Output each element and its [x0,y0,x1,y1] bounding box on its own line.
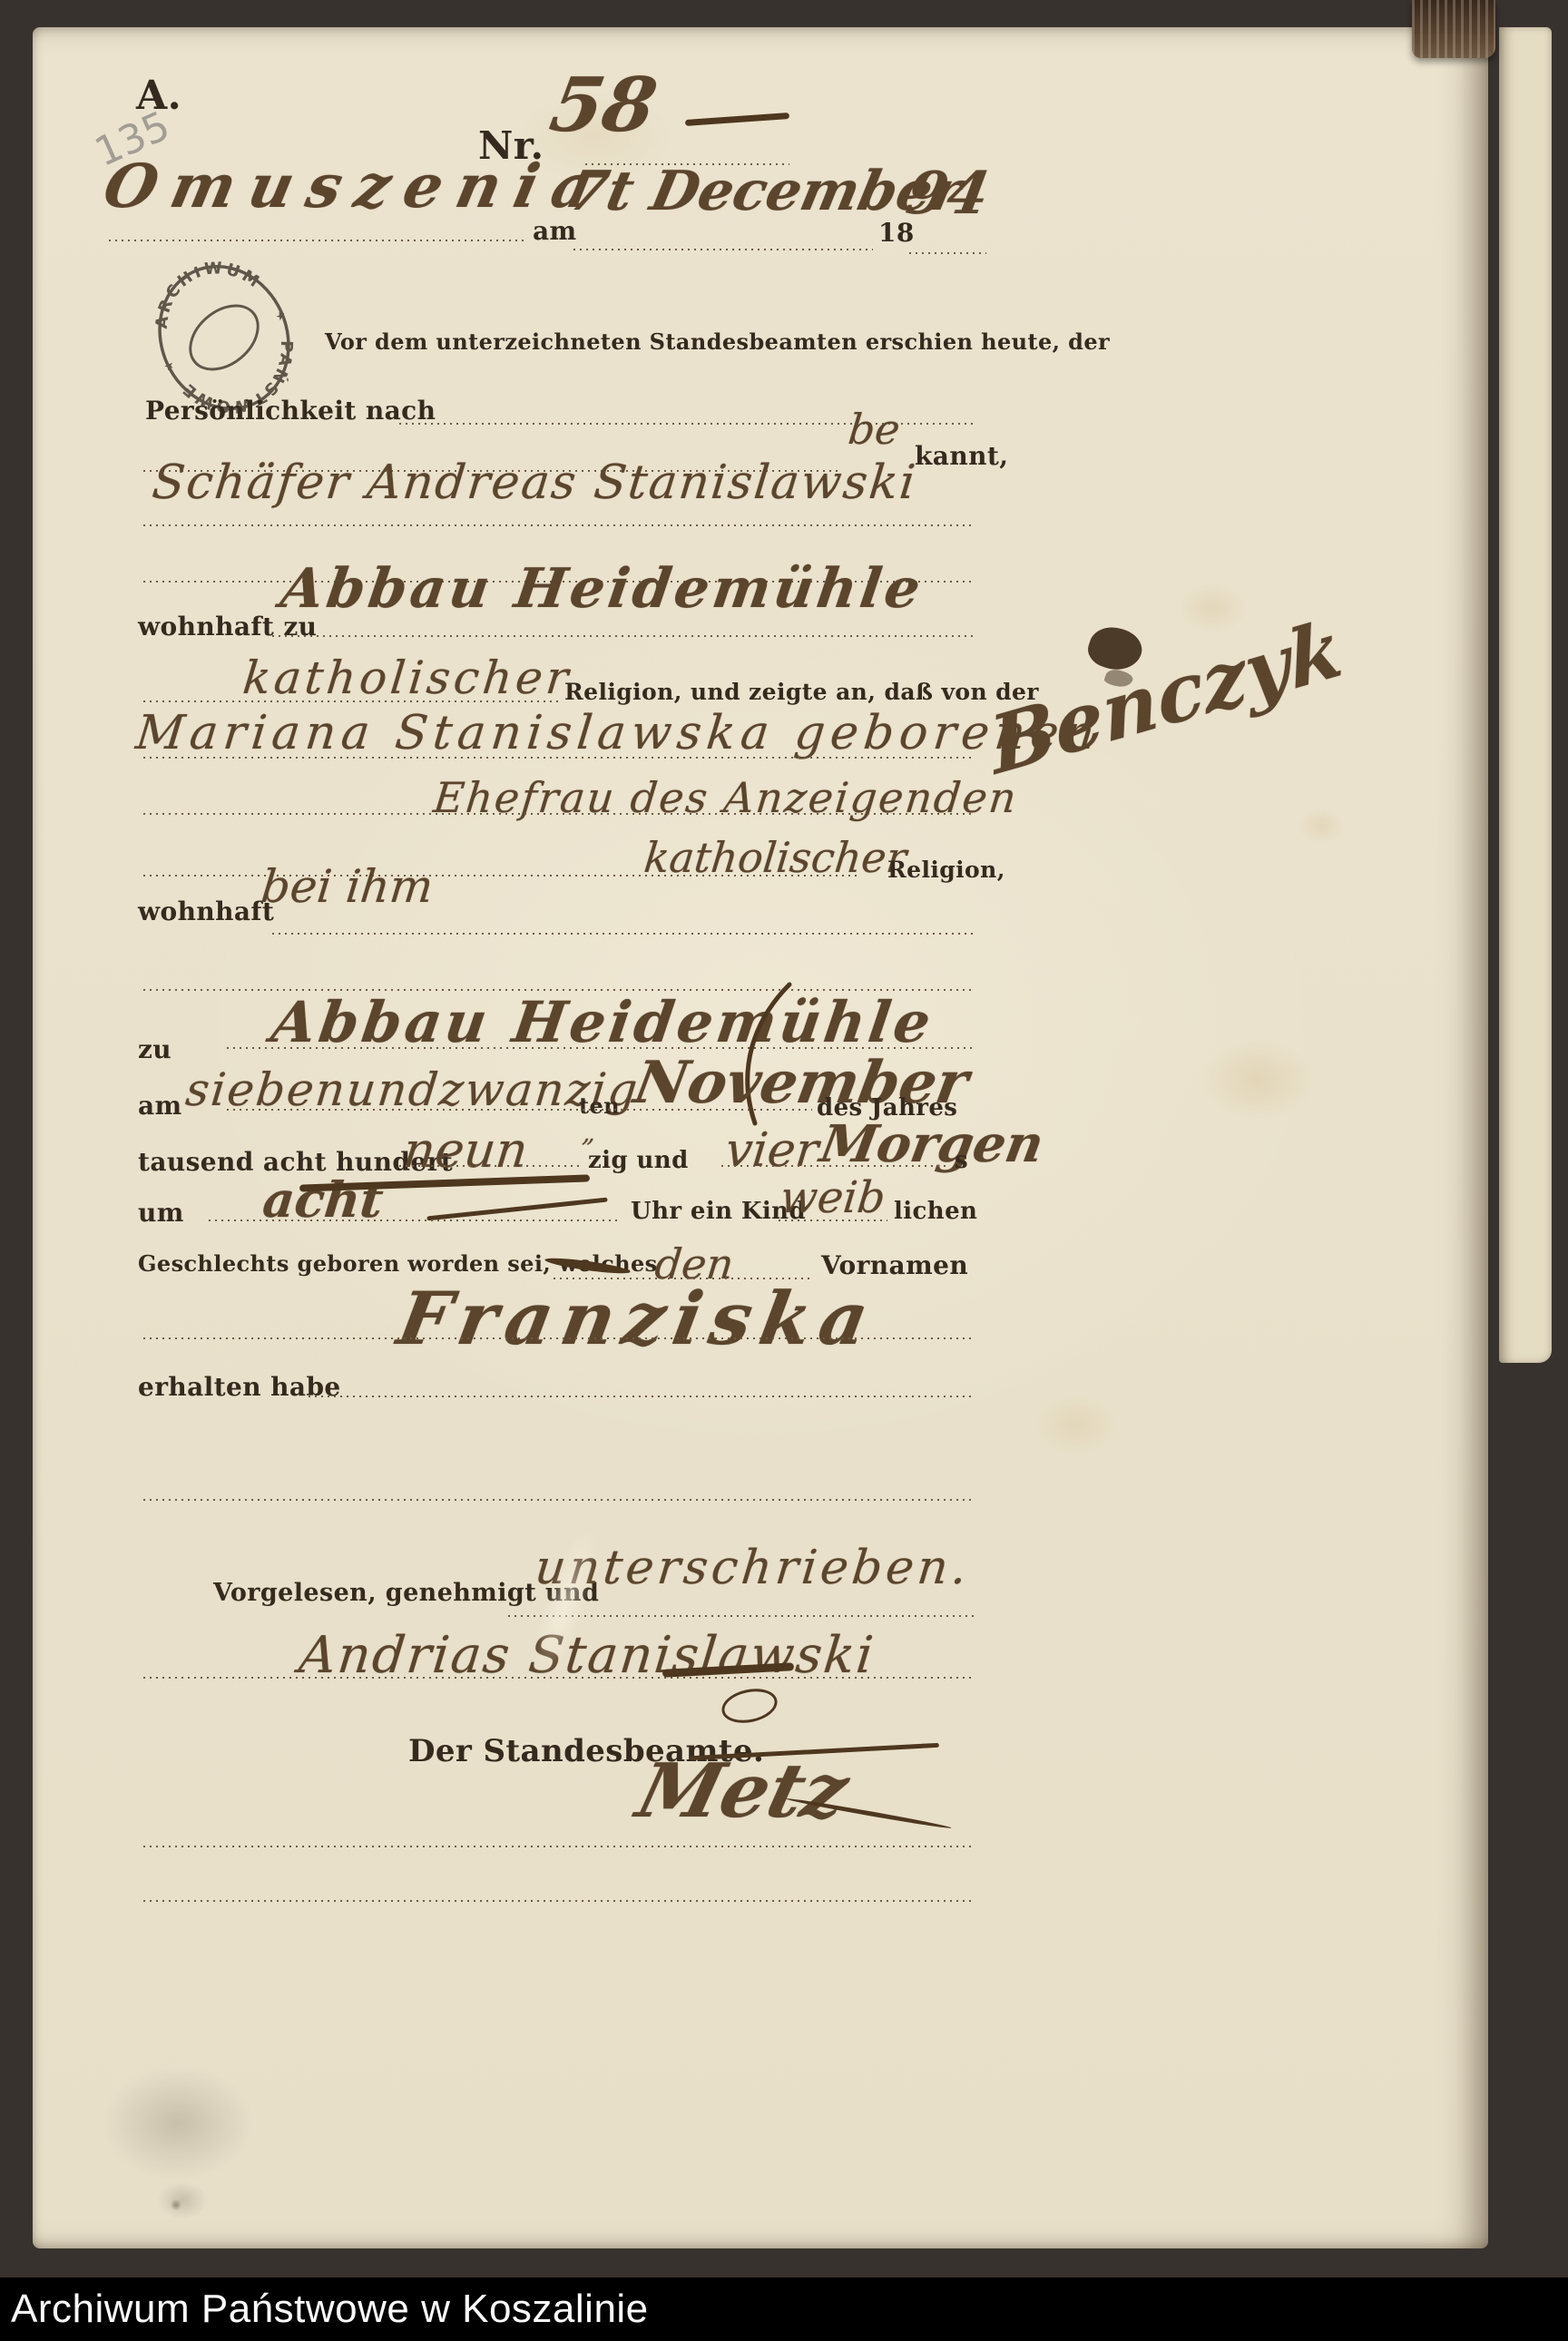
dotted-line [272,635,975,637]
dotted-line [721,1165,948,1167]
erhalten-habe-label: erhalten habe [138,1372,341,1402]
year-decade: neun [401,1122,531,1179]
registration-place: Omuszenia [98,151,613,221]
mother-residence: bei ihm [259,860,436,913]
ditto-mark: „ [581,1118,597,1148]
religion2-label: Religion, [887,857,1005,883]
dotted-line [143,1677,975,1679]
unterschrieben-handwritten: unterschrieben. [533,1541,973,1595]
birthplace: Abbau Heidemühle [268,989,938,1055]
dotted-line [309,1396,975,1397]
dotted-line [143,1846,975,1847]
dotted-line [143,813,975,815]
dotted-line [143,757,975,759]
scan-scene: A. 135 Nr. 58 Omuszenia am 7t December 1… [0,0,1568,2341]
intro-line: Vor dem unterzeichneten Standesbeamten e… [325,328,1110,355]
um-label: um [138,1198,184,1228]
declarant-residence: Abbau Heidemühle [277,557,927,621]
declarant-religion: katholischer [240,651,574,704]
dotted-line [227,1109,812,1111]
dotted-line [399,1165,581,1167]
am2-label: am [138,1091,182,1121]
dotted-line [143,1337,975,1339]
record-number-value: 58 [544,62,663,149]
child-sex: weib [778,1172,887,1223]
dotted-line [143,1900,975,1902]
dotted-line [209,1219,622,1221]
dotted-line [272,933,975,935]
religion-zeigte-an-label: Religion, und zeigte an, daß von der [564,679,1039,705]
zig-und-label: zig und [588,1147,689,1174]
persoenlichkeit-label: Persönlichkeit nach [145,396,436,426]
archive-caption: Archiwum Państwowe w Koszalinie [11,2287,649,2332]
book-spine-fragment [1412,0,1495,58]
ten-suffix-label: ten [579,1092,620,1119]
dotted-line [143,524,975,526]
dotted-line [143,1499,975,1501]
child-name: Franziska [392,1276,884,1361]
wohnhaft-label: wohnhaft [138,896,274,926]
zu-label: zu [138,1034,171,1064]
s-suffix-label: s [955,1147,968,1174]
dotted-line [143,875,860,877]
dotted-line [143,700,561,702]
archive-caption-bar: Archiwum Państwowe w Koszalinie [0,2277,1568,2341]
year-unit: vier [723,1123,821,1178]
year-handwritten: 94 [901,160,994,228]
kannt-label: kannt, [915,441,1008,471]
mother-name: Mariana Stanislawska geborenen [133,706,1102,760]
dotted-line [573,249,873,250]
declarant-name: Schäfer Andreas Stanislawski [150,455,919,510]
lichen-label: lichen [894,1198,977,1225]
dotted-line [109,240,528,241]
dotted-line [779,1219,887,1221]
bekannt-handwritten: be [846,405,902,454]
dotted-line [909,252,986,254]
registrar-signature: Metz [629,1748,857,1835]
facing-page-edge [1499,27,1552,1363]
